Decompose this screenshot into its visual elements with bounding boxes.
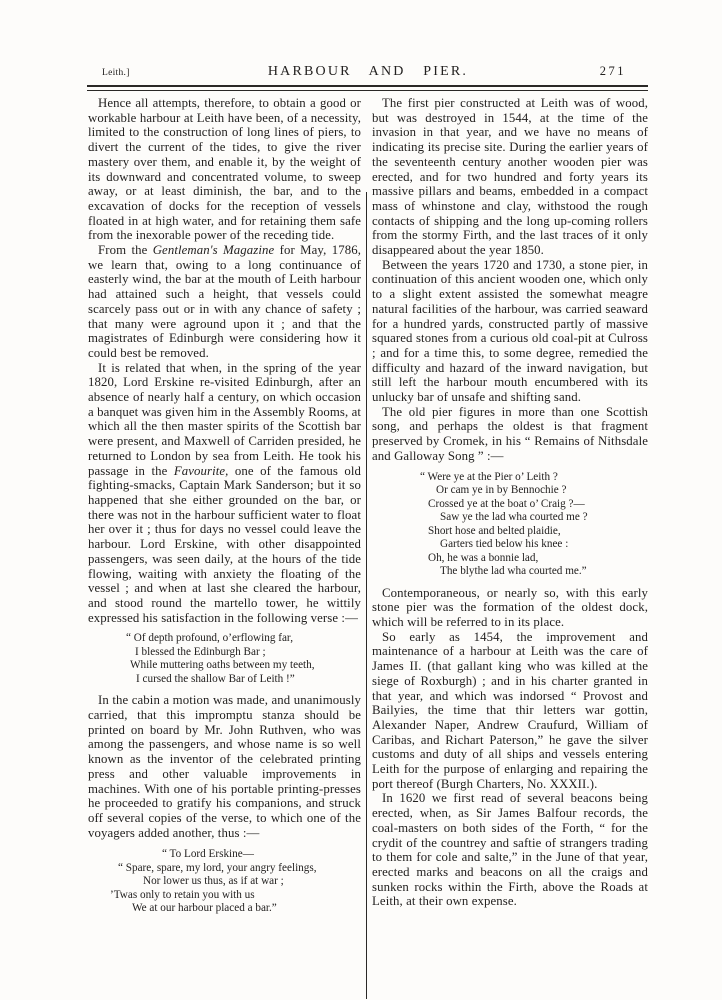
running-head-title: HARBOUR AND PIER. xyxy=(198,64,538,80)
verse-line: Saw ye the lad wha courted me ? xyxy=(440,511,648,525)
paragraph-first-wooden-pier: The first pier constructed at Leith was … xyxy=(372,96,648,258)
paragraph-oldest-dock: Contemporaneous, or nearly so, with this… xyxy=(372,586,648,630)
paragraph-lord-erskine: It is related that when, in the spring o… xyxy=(88,361,361,626)
running-head: Leith.] HARBOUR AND PIER. 271 xyxy=(88,64,648,80)
verse-line: I cursed the shallow Bar of Leith !” xyxy=(136,673,361,687)
verse-line: Oh, he was a bonnie lad, xyxy=(428,552,648,566)
paragraph-segment: It is related that when, in the spring o… xyxy=(88,361,361,478)
verse-line: “ Were ye at the Pier o’ Leith ? xyxy=(420,471,648,485)
verse-line: “ Of depth profound, o’erflowing far, xyxy=(126,632,361,646)
paragraph-segment: for May, 1786, we learn that, owing to a… xyxy=(88,243,361,360)
verse-line: Or cam ye in by Bennochie ? xyxy=(436,484,648,498)
verse-erskine-bar: “ Of depth profound, o’erflowing far, I … xyxy=(126,632,361,686)
verse-line: ’Twas only to retain you with us xyxy=(110,889,361,903)
verse-to-lord-erskine: “ To Lord Erskine— “ Spare, spare, my lo… xyxy=(88,848,361,916)
paragraph-beacons-1620: In 1620 we first read of several beacons… xyxy=(372,791,648,909)
running-head-section-label: Leith.] xyxy=(88,68,198,78)
paragraph-old-pier-songs: The old pier figures in more than one Sc… xyxy=(372,405,648,464)
header-double-rule xyxy=(87,85,648,91)
verse-line: While muttering oaths between my teeth, xyxy=(130,659,361,673)
paragraph-segment: From the xyxy=(98,243,153,257)
verse-line: Crossed ye at the boat o’ Craig ?— xyxy=(428,498,648,512)
verse-heading: “ To Lord Erskine— xyxy=(162,848,361,862)
paragraph-james-ii-charter: So early as 1454, the improvement and ma… xyxy=(372,630,648,792)
column-divider-rule xyxy=(366,192,367,999)
verse-line: “ Spare, spare, my lord, your angry feel… xyxy=(118,862,361,876)
book-page: Leith.] HARBOUR AND PIER. 271 Hence all … xyxy=(0,0,722,1000)
verse-line: The blythe lad wha courted me.” xyxy=(440,565,648,579)
verse-line: Short hose and belted plaidie, xyxy=(428,525,648,539)
page-number: 271 xyxy=(538,64,648,79)
paragraph-john-ruthven: In the cabin a motion was made, and unan… xyxy=(88,693,361,840)
verse-line: We at our harbour placed a bar.” xyxy=(132,902,361,916)
verse-line: Nor lower us thus, as if at war ; xyxy=(143,875,361,889)
paragraph-harbour-attempts: Hence all attempts, therefore, to obtain… xyxy=(88,96,361,243)
italic-ship-name-favourite: Favourite, xyxy=(174,464,229,478)
left-column: Hence all attempts, therefore, to obtain… xyxy=(88,96,361,923)
italic-title-gentlemans-magazine: Gentleman's Magazine xyxy=(153,243,275,257)
paragraph-segment: one of the famous old fighting-smacks, C… xyxy=(88,464,361,625)
paragraph-stone-pier: Between the years 1720 and 1730, a stone… xyxy=(372,258,648,405)
right-column: The first pier constructed at Leith was … xyxy=(372,96,648,923)
verse-line: I blessed the Edinburgh Bar ; xyxy=(135,646,361,660)
verse-pier-o-leith: “ Were ye at the Pier o’ Leith ? Or cam … xyxy=(372,471,648,579)
paragraph-gentlemans-magazine: From the Gentleman's Magazine for May, 1… xyxy=(88,243,361,361)
text-columns: Hence all attempts, therefore, to obtain… xyxy=(88,96,648,923)
verse-line: Garters tied below his knee : xyxy=(440,538,648,552)
